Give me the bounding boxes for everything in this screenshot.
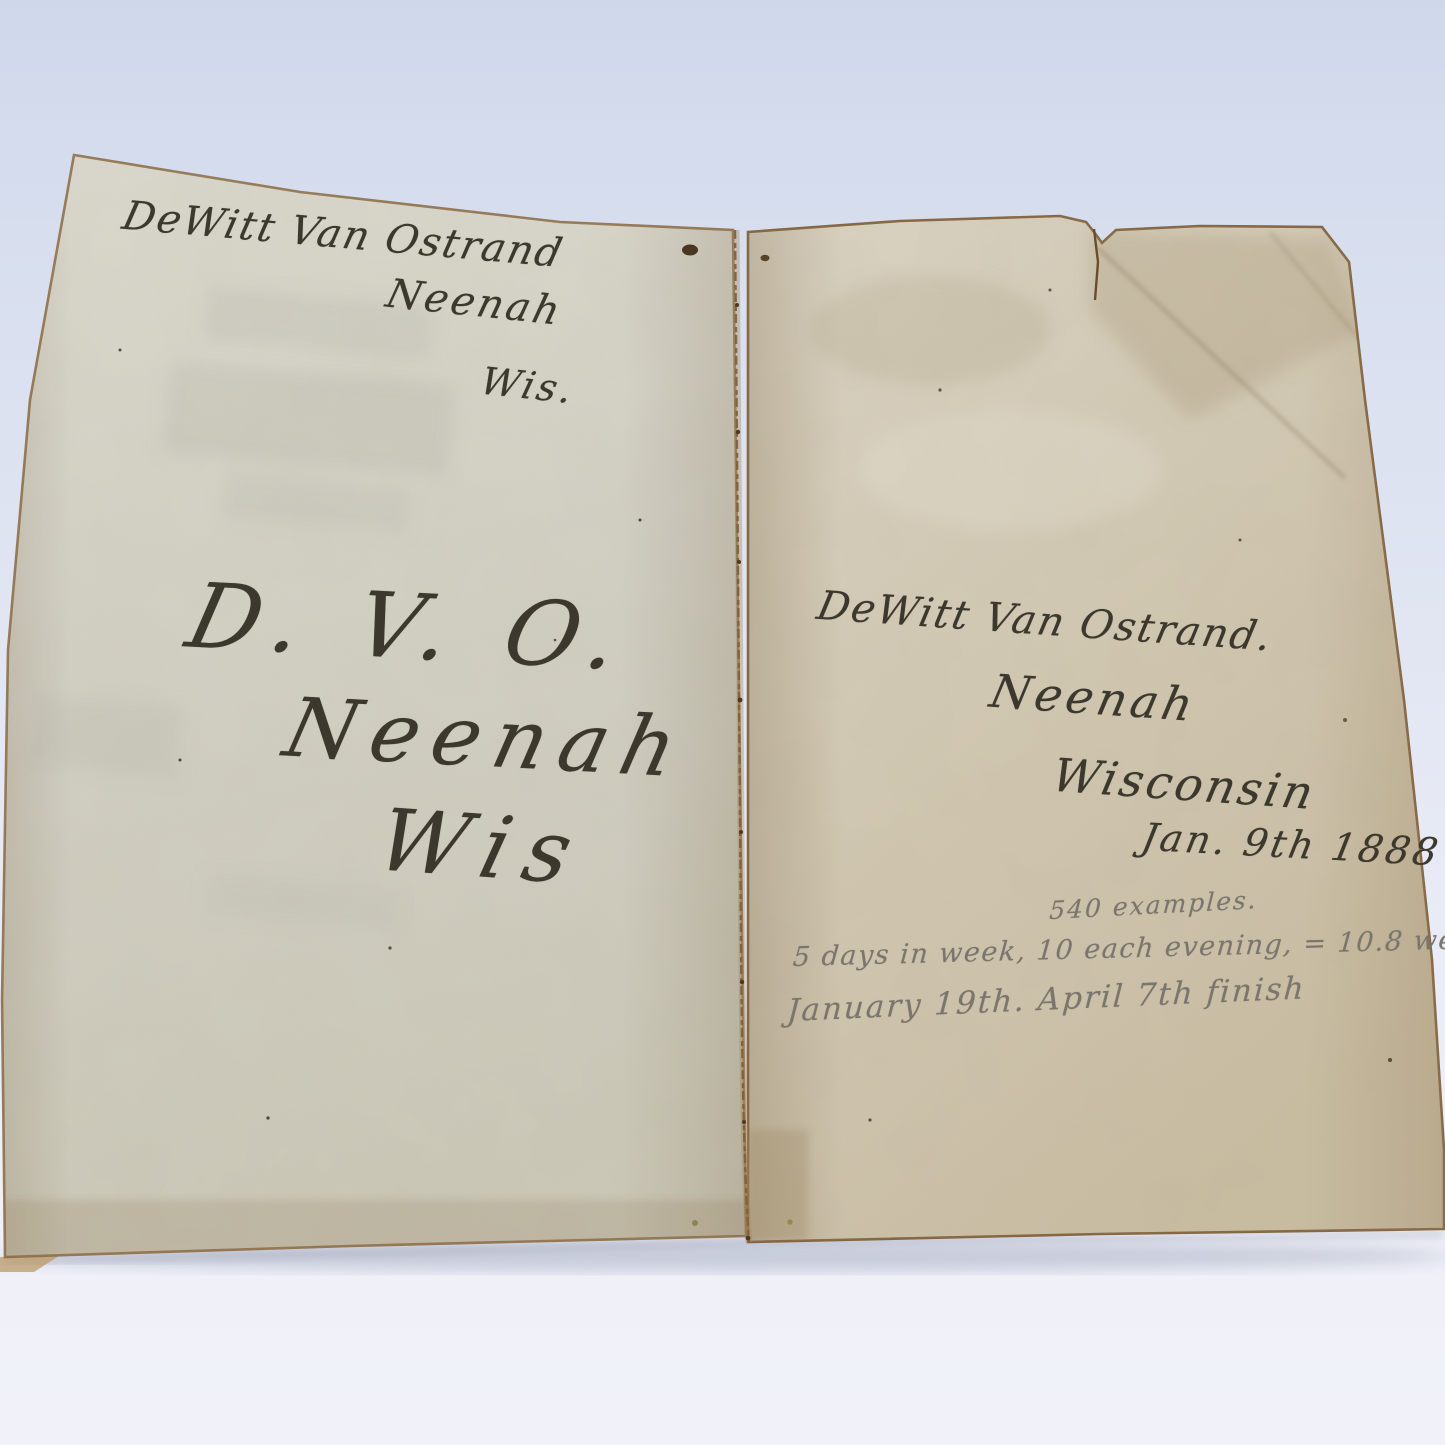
handwriting-layer: DeWitt Van Ostrand Neenah Wis. D. V. O. …: [0, 0, 1445, 1445]
photo-scene: DeWitt Van Ostrand Neenah Wis. D. V. O. …: [0, 0, 1445, 1445]
right-page-owner-line1: DeWitt Van Ostrand.: [814, 586, 1277, 657]
right-page-pencil-line2: 5 days in week, 10 each evening, = 10.8 …: [792, 925, 1445, 971]
right-page-owner-line3: Wisconsin: [1048, 752, 1320, 816]
right-page-pencil-line1: 540 examples.: [1049, 887, 1259, 923]
left-page-owner-line1: DeWitt Van Ostrand: [119, 196, 567, 274]
left-page-monogram-line2: Neenah: [277, 688, 697, 790]
right-page-pencil-line3: January 19th. April 7th finish: [786, 973, 1306, 1027]
left-page-monogram-line1: D. V. O.: [179, 572, 641, 684]
left-page-monogram-line3: Wis: [369, 798, 596, 897]
right-page-owner-line2: Neenah: [986, 668, 1201, 728]
left-page-owner-line2: Neenah: [382, 274, 567, 332]
left-page-owner-line3: Wis.: [477, 362, 580, 409]
right-page-owner-line4: Jan. 9th 1888: [1139, 818, 1444, 871]
